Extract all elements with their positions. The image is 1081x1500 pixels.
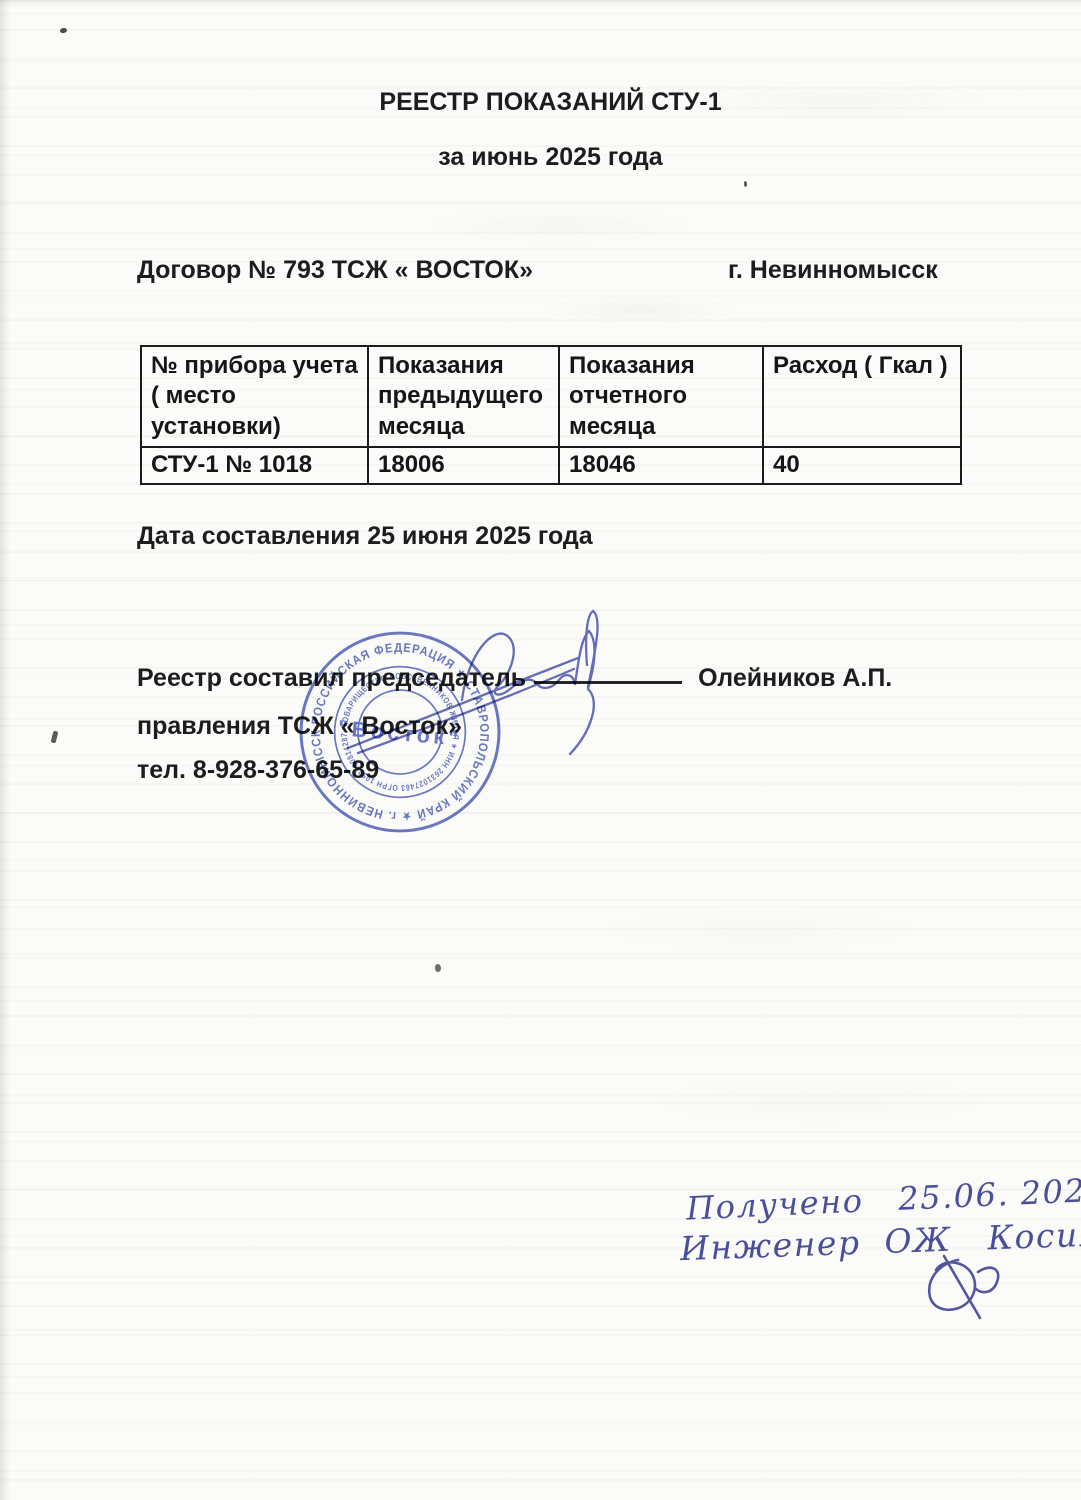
engineer-signature (900, 1242, 1030, 1332)
cell-previous-reading: 18006 (368, 447, 559, 483)
ink-speck (51, 731, 59, 744)
scan-edge-shadow-top (0, 0, 1081, 8)
table-header-row: № прибора учета ( место установки) Показ… (141, 346, 961, 447)
header-meter-number: № прибора учета ( место установки) (141, 346, 368, 447)
document-title: РЕЕСТР ПОКАЗАНИЙ СТУ-1 (20, 88, 1081, 117)
header-current-reading: Показания отчетного месяца (559, 346, 763, 447)
chairman-signature (330, 595, 660, 775)
header-consumption: Расход ( Гкал ) (763, 346, 961, 447)
ink-speck (60, 27, 68, 33)
city-label: г. Невинномысск (728, 256, 938, 285)
ink-speck (744, 181, 747, 187)
composition-date: Дата составления 25 июня 2025 года (137, 522, 593, 551)
ink-speck (435, 964, 441, 972)
header-previous-reading: Показания предыдущего месяца (368, 346, 559, 447)
contract-number: Договор № 793 ТСЖ « ВОСТОК» (137, 256, 533, 285)
cell-consumption: 40 (763, 447, 961, 483)
cell-current-reading: 18046 (559, 447, 763, 483)
meter-readings-table: № прибора учета ( место установки) Показ… (140, 345, 962, 485)
composer-name: Олейников А.П. (698, 664, 892, 693)
scanned-document-page: РЕЕСТР ПОКАЗАНИЙ СТУ-1 за июнь 2025 года… (0, 0, 1081, 1500)
cell-meter-number: СТУ-1 № 1018 (141, 447, 368, 483)
table-row: СТУ-1 № 1018 18006 18046 40 (141, 447, 961, 483)
scan-edge-shadow-left (0, 0, 12, 1500)
document-subtitle: за июнь 2025 года (20, 143, 1081, 172)
